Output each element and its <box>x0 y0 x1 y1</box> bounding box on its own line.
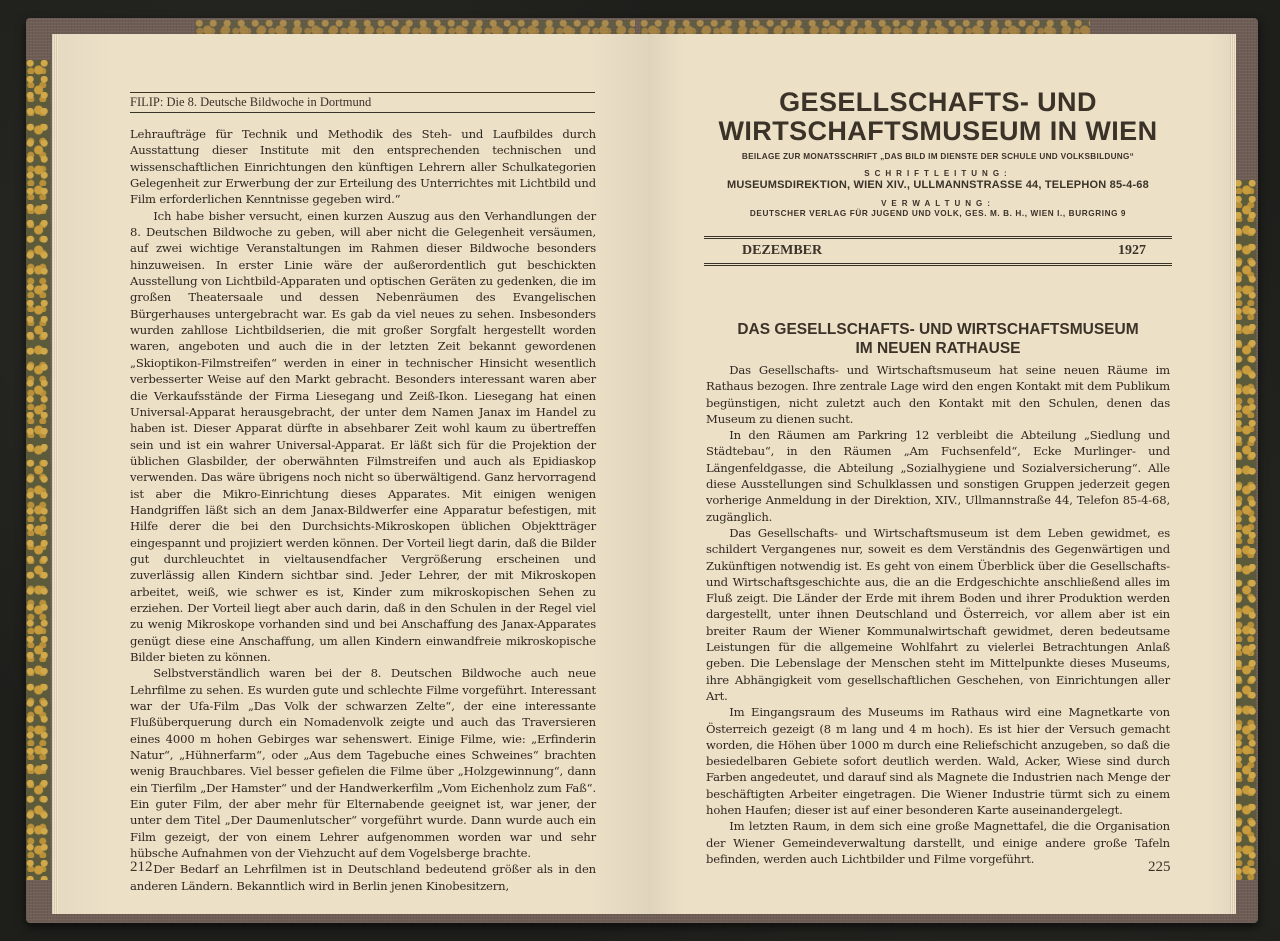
page-number-left: 212 <box>130 859 153 876</box>
dateline: DEZEMBER 1927 <box>704 236 1172 266</box>
issue-month: DEZEMBER <box>742 243 822 259</box>
issue-year: 1927 <box>1118 243 1146 259</box>
article-title: DAS GESELLSCHAFTS- UND WIRTSCHAFTSMUSEUM… <box>705 320 1171 358</box>
article-title-line1: DAS GESELLSCHAFTS- UND WIRTSCHAFTSMUSEUM <box>705 320 1171 339</box>
paragraph: Selbstverständlich waren bei der 8. Deut… <box>130 665 596 861</box>
marbled-endpaper-right <box>1234 180 1256 880</box>
marbled-endpaper-left <box>26 60 50 880</box>
page-number-right: 225 <box>1148 859 1171 876</box>
marbled-edge-top-right <box>640 20 1090 34</box>
editorial-label: SCHRIFTLEITUNG: <box>703 169 1173 178</box>
paragraph: Im letzten Raum, in dem sich eine große … <box>706 818 1170 867</box>
paragraph: Das Gesellschafts- und Wirtschaftsmuseum… <box>706 525 1170 704</box>
right-page-body: Das Gesellschafts- und Wirtschaftsmuseum… <box>706 362 1170 867</box>
left-page-edge <box>52 34 58 914</box>
marbled-edge-top-left <box>195 20 635 34</box>
paragraph: Lehraufträge für Technik und Methodik de… <box>130 126 596 208</box>
paragraph: Im Eingangsraum des Museums im Rathaus w… <box>706 704 1170 818</box>
masthead-title-line2: WIRTSCHAFTSMUSEUM IN WIEN <box>703 117 1173 146</box>
paragraph: Ich habe bisher versucht, einen kurzen A… <box>130 208 596 666</box>
paragraph: Das Gesellschafts- und Wirtschaftsmuseum… <box>706 362 1170 427</box>
masthead-subtitle: BEILAGE ZUR MONATSSCHRIFT „DAS BILD IM D… <box>703 152 1173 161</box>
masthead: GESELLSCHAFTS- UND WIRTSCHAFTSMUSEUM IN … <box>703 88 1173 218</box>
admin-label: VERWALTUNG: <box>703 199 1173 208</box>
paragraph: Der Bedarf an Lehrfilmen ist in Deutschl… <box>130 861 596 894</box>
left-page-body: Lehraufträge für Technik und Methodik de… <box>130 126 596 894</box>
admin-address: DEUTSCHER VERLAG FÜR JUGEND UND VOLK, GE… <box>703 209 1173 218</box>
running-head: FILIP: Die 8. Deutsche Bildwoche in Dort… <box>130 92 595 113</box>
article-title-line2: IM NEUEN RATHAUSE <box>705 339 1171 358</box>
paragraph: In den Räumen am Parkring 12 verbleibt d… <box>706 427 1170 525</box>
right-page-edge <box>1230 34 1236 914</box>
editorial-address: MUSEUMSDIREKTION, WIEN XIV., ULLMANNSTRA… <box>703 179 1173 191</box>
masthead-title-line1: GESELLSCHAFTS- UND <box>703 88 1173 117</box>
